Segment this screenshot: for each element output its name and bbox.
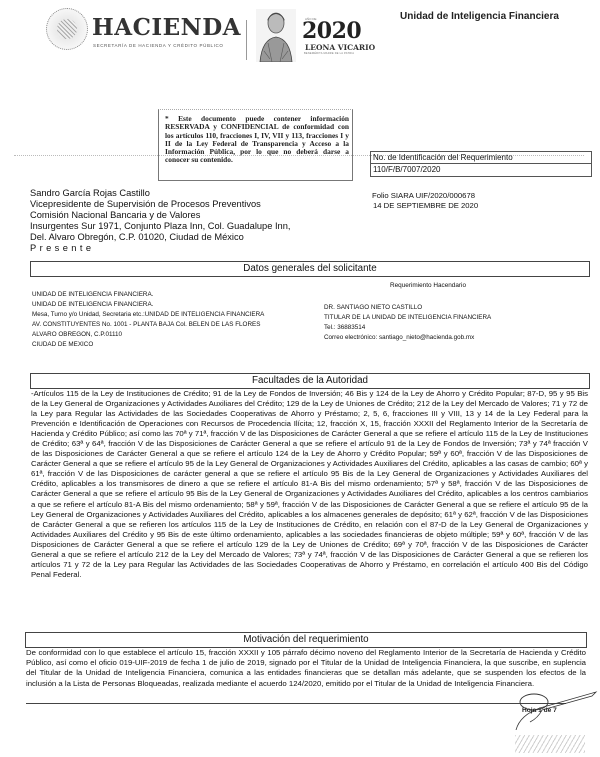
footer-rule [26,703,566,704]
recipient-line: Insurgentes Sur 1971, Conjunto Plaza Inn… [30,221,291,232]
recipient-line: Comisión Nacional Bancaria y de Valores [30,210,291,221]
institution-line: Mesa, Turno y/o Unidad, Secretaria etc.:… [32,310,264,320]
identification-value: 110/F/B/7007/2020 [371,163,591,175]
institution-line: UNIDAD DE INTELIGENCIA FINANCIERA. [32,300,264,310]
recipient-line: Vicepresidente de Supervisión de Proceso… [30,199,291,210]
titular-block: DR. SANTIAGO NIETO CASTILLO TITULAR DE L… [324,303,491,343]
brand-title: HACIENDA [92,14,241,41]
notice-text: * Este documento puede contener informac… [165,115,349,165]
recipient-block: Sandro García Rojas Castillo Vicepreside… [30,188,291,254]
institution-line: AV. CONSTITUYENTES No. 1001 - PLANTA BAJ… [32,320,264,330]
institution-line: UNIDAD DE INTELIGENCIA FINANCIERA. [32,290,264,300]
folio-number: Folio SIARA UIF/2020/000678 [372,191,478,201]
national-seal-icon [46,8,88,50]
titular-name: DR. SANTIAGO NIETO CASTILLO [324,303,491,313]
recipient-line: Del. Alvaro Obregón, C.P. 01020, Ciudad … [30,232,291,243]
year-subtitle: BENEMÉRITA MADRE DE LA PATRIA [304,52,354,55]
titular-phone: Tel.: 36883514 [324,323,491,333]
institution-line: ALVARO OBREGON, C.P.01110 [32,330,264,340]
request-type: Requerimiento Hacendario [390,282,466,289]
header-divider [246,20,247,60]
section-header-motivacion: Motivación del requerimiento [25,632,587,648]
year-name: LEONA VICARIO [305,43,375,52]
security-pattern [515,735,585,753]
folio-block: Folio SIARA UIF/2020/000678 14 DE SEPTIE… [372,191,478,211]
titular-position: TITULAR DE LA UNIDAD DE INTELIGENCIA FIN… [324,313,491,323]
titular-email: Correo electrónico: santiago_nieto@hacie… [324,333,491,343]
unit-title: Unidad de Inteligencia Financiera [400,11,559,22]
facultades-text: -Artículos 115 de la Ley de Institucione… [31,389,588,580]
institution-line: CIUDAD DE MEXICO [32,340,264,350]
brand-subtitle: SECRETARÍA DE HACIENDA Y CRÉDITO PÚBLICO [93,43,223,48]
document-date: 14 DE SEPTIEMBRE DE 2020 [372,201,478,211]
institution-block: UNIDAD DE INTELIGENCIA FINANCIERA. UNIDA… [32,290,264,350]
year-label: 2020 [302,18,361,44]
salutation: Presente [30,243,291,254]
leona-vicario-portrait-icon [256,9,296,62]
confidentiality-notice: * Este documento puede contener informac… [158,109,353,181]
identification-box: No. de Identificación del Requerimiento … [370,151,592,177]
motivacion-text: De conformidad con lo que establece el a… [26,648,586,689]
identification-label: No. de Identificación del Requerimiento [371,152,591,163]
section-header-datos: Datos generales del solicitante [30,261,590,277]
recipient-line: Sandro García Rojas Castillo [30,188,291,199]
section-header-facultades: Facultades de la Autoridad [30,373,590,389]
page-number: Hoja 1 de 7 [522,707,557,714]
